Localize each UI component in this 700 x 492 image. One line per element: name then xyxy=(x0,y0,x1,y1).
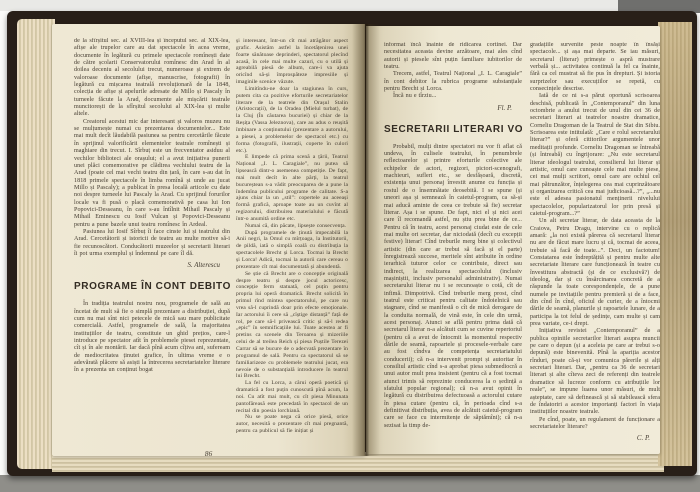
paragraph: Pasiunea lui Iosif Sîrbuț îi face cinste… xyxy=(74,229,230,258)
author-signature: Fl. P. xyxy=(384,104,512,113)
paragraph: Creatorul acestui mic dar interesant și … xyxy=(74,119,230,229)
paragraph: La fel cu Lorca, a cărui operă poetică ș… xyxy=(236,380,348,414)
paragraph: Limitîndu-ne doar la stagiunea în curs, … xyxy=(236,86,348,154)
paragraph: de la sfîrșitul sec. al XVIII-lea și înc… xyxy=(74,38,230,119)
paragraph: Numai că, din păcate, lipsește consecven… xyxy=(236,223,348,230)
paragraph: După programele de ținută impecabilă la … xyxy=(236,230,348,271)
paragraph: și interesant, într-un cît mai atrăgător… xyxy=(236,38,348,86)
paragraph: În tradiția teatrului nostru nou, progra… xyxy=(74,301,230,374)
article-heading-secretarii-literari-vorbesc: SECRETARII LITERARI VORBESC xyxy=(384,124,522,135)
paragraph: Nu se poate nega că orice piesă, orice a… xyxy=(236,414,348,435)
paragraph: E limpede că prima scenă a țării, Teatru… xyxy=(236,154,348,222)
paragraph: Trecem, astfel, Teatrul Național „I. L. … xyxy=(384,71,522,93)
paragraph: Probabil, mulți dintre spectatori nu vor… xyxy=(384,144,522,430)
article-heading-programe-in-cont-debitor: PROGRAME ÎN CONT DEBITOR xyxy=(74,281,230,292)
paragraph: Pe cînd, poate, un regulament de funcțio… xyxy=(530,417,660,432)
paragraph: Un alt secretar literar, de data aceasta… xyxy=(530,218,660,328)
background-top-band xyxy=(0,0,700,11)
author-signature: S. Alterescu xyxy=(74,261,220,270)
book-photo: de la sfîrșitul sec. al XVIII-lea și înc… xyxy=(0,0,700,492)
paragraph: Inițiativa revistei „Contemporanul” de a… xyxy=(530,328,660,416)
left-page-column-1: de la sfîrșitul sec. al XVIII-lea și înc… xyxy=(74,38,230,450)
paragraph: Iată de ce ni s-a părut oportună scrisoa… xyxy=(530,93,660,218)
paragraph: informat încă înainte de ridicarea corti… xyxy=(384,42,522,71)
book-gutter-shadow xyxy=(352,24,380,456)
left-page-column-2: și interesant, într-un cît mai atrăgător… xyxy=(236,38,348,450)
author-signature: C. P. xyxy=(530,434,650,443)
right-page-column-2: gradațiile survenite peste noapte în îns… xyxy=(530,42,660,444)
paragraph: Se știe că Brecht are o concepție origin… xyxy=(236,271,348,381)
paragraph: Încă nu e tîrziu... xyxy=(384,93,522,100)
paragraph: gradațiile survenite peste noapte în îns… xyxy=(530,42,660,93)
page-stack-left-edge xyxy=(17,19,55,469)
page-number: 86 xyxy=(52,449,365,458)
right-page-column-1: informat încă înainte de ridicarea corti… xyxy=(384,42,522,450)
page-stack-right-edge xyxy=(658,22,692,466)
background-floor xyxy=(0,475,700,492)
